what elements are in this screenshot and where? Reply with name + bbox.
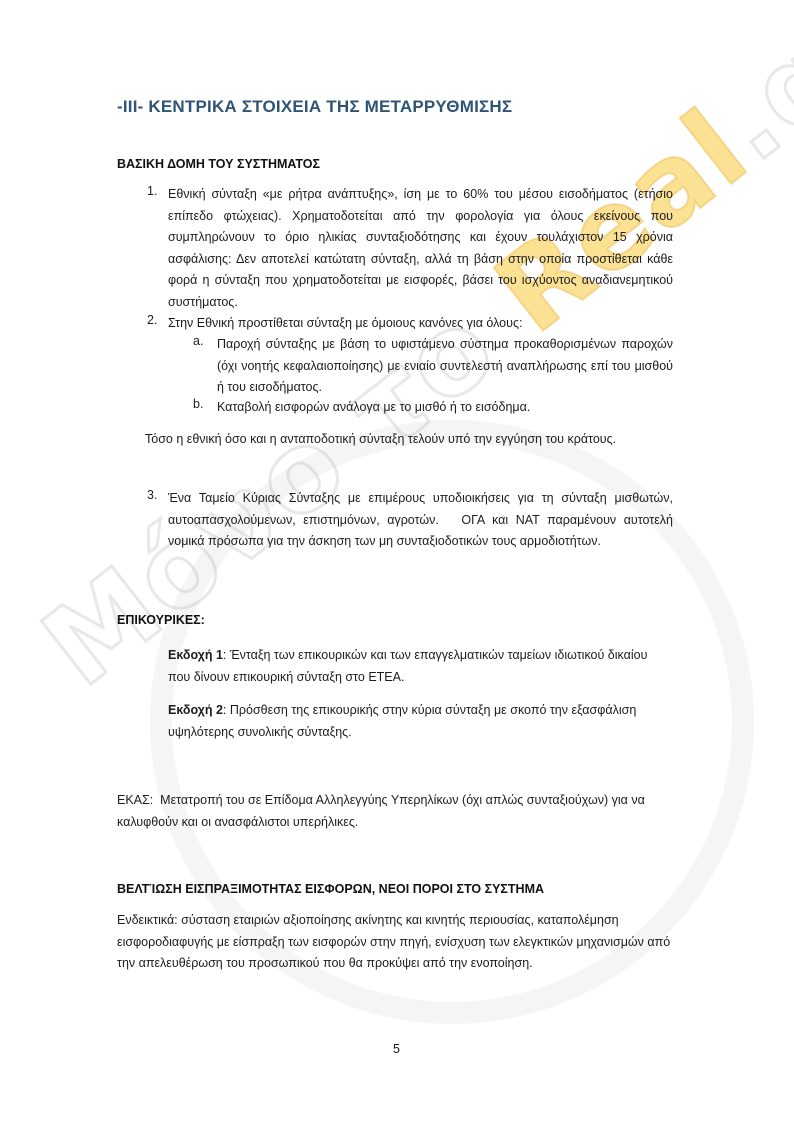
list-marker: 2. (147, 313, 157, 327)
guarantee-paragraph: Τόσο η εθνική όσο και η ανταποδοτική σύν… (117, 429, 673, 451)
list-item: Εθνική σύνταξη «με ρήτρα ανάπτυξης», ίση… (168, 184, 673, 313)
list-marker: b. (193, 397, 203, 411)
option-text: : Πρόσθεση της επικουρικής στην κύρια σύ… (168, 703, 636, 739)
ekas-text: Μετατροπή του σε Επίδομα Αλληλεγγύης Υπε… (117, 793, 648, 829)
collection-paragraph: Ενδεικτικά: σύσταση εταιριών αξιοποίησης… (117, 910, 677, 975)
heading-basic-structure: ΒΑΣΙΚΗ ΔΟΜΗ ΤΟΥ ΣΥΣΤΗΜΑΤΟΣ (117, 157, 320, 171)
list-marker: a. (193, 334, 203, 348)
ekas-label: ΕΚΑΣ: (117, 793, 153, 807)
list-marker: 1. (147, 184, 157, 198)
list-item: Ένα Ταμείο Κύριας Σύνταξης με επιμέρους … (168, 488, 673, 553)
option-paragraph: Εκδοχή 1: Ένταξη των επικουρικών και των… (168, 645, 673, 688)
option-label: Εκδοχή 1 (168, 648, 223, 662)
option-paragraph: Εκδοχή 2: Πρόσθεση της επικουρικής στην … (168, 700, 673, 743)
heading-auxiliary: ΕΠΙΚΟΥΡΙΚΕΣ: (117, 613, 205, 627)
page-number: 5 (393, 1042, 400, 1056)
list-marker: 3. (147, 488, 157, 502)
option-text: : Ένταξη των επικουρικών και των επαγγελ… (168, 648, 647, 684)
ekas-paragraph: ΕΚΑΣ: Μετατροπή του σε Επίδομα Αλληλεγγύ… (117, 790, 677, 833)
option-label: Εκδοχή 2 (168, 703, 223, 717)
heading-contribution-collection: ΒΕΛΤΊΩΣΗ ΕΙΣΠΡΑΞΙΜΟΤΗΤΑΣ ΕΙΣΦΟΡΩΝ, ΝΕΟΙ … (117, 882, 544, 896)
sub-list-item: Καταβολή εισφορών ανάλογα με το μισθό ή … (217, 397, 673, 419)
page-title: -III- ΚΕΝΤΡΙΚΑ ΣΤΟΙΧΕΙΑ ΤΗΣ ΜΕΤΑΡΡΥΘΜΙΣΗ… (117, 97, 512, 117)
document-page: Μόνο το Real.gr -III- ΚΕΝΤΡΙΚΑ ΣΤΟΙΧΕΙΑ … (0, 0, 794, 1123)
list-item: Στην Εθνική προστίθεται σύνταξη με όμοιο… (168, 313, 673, 335)
sub-list-item: Παροχή σύνταξης με βάση το υφιστάμενο σύ… (217, 334, 673, 399)
